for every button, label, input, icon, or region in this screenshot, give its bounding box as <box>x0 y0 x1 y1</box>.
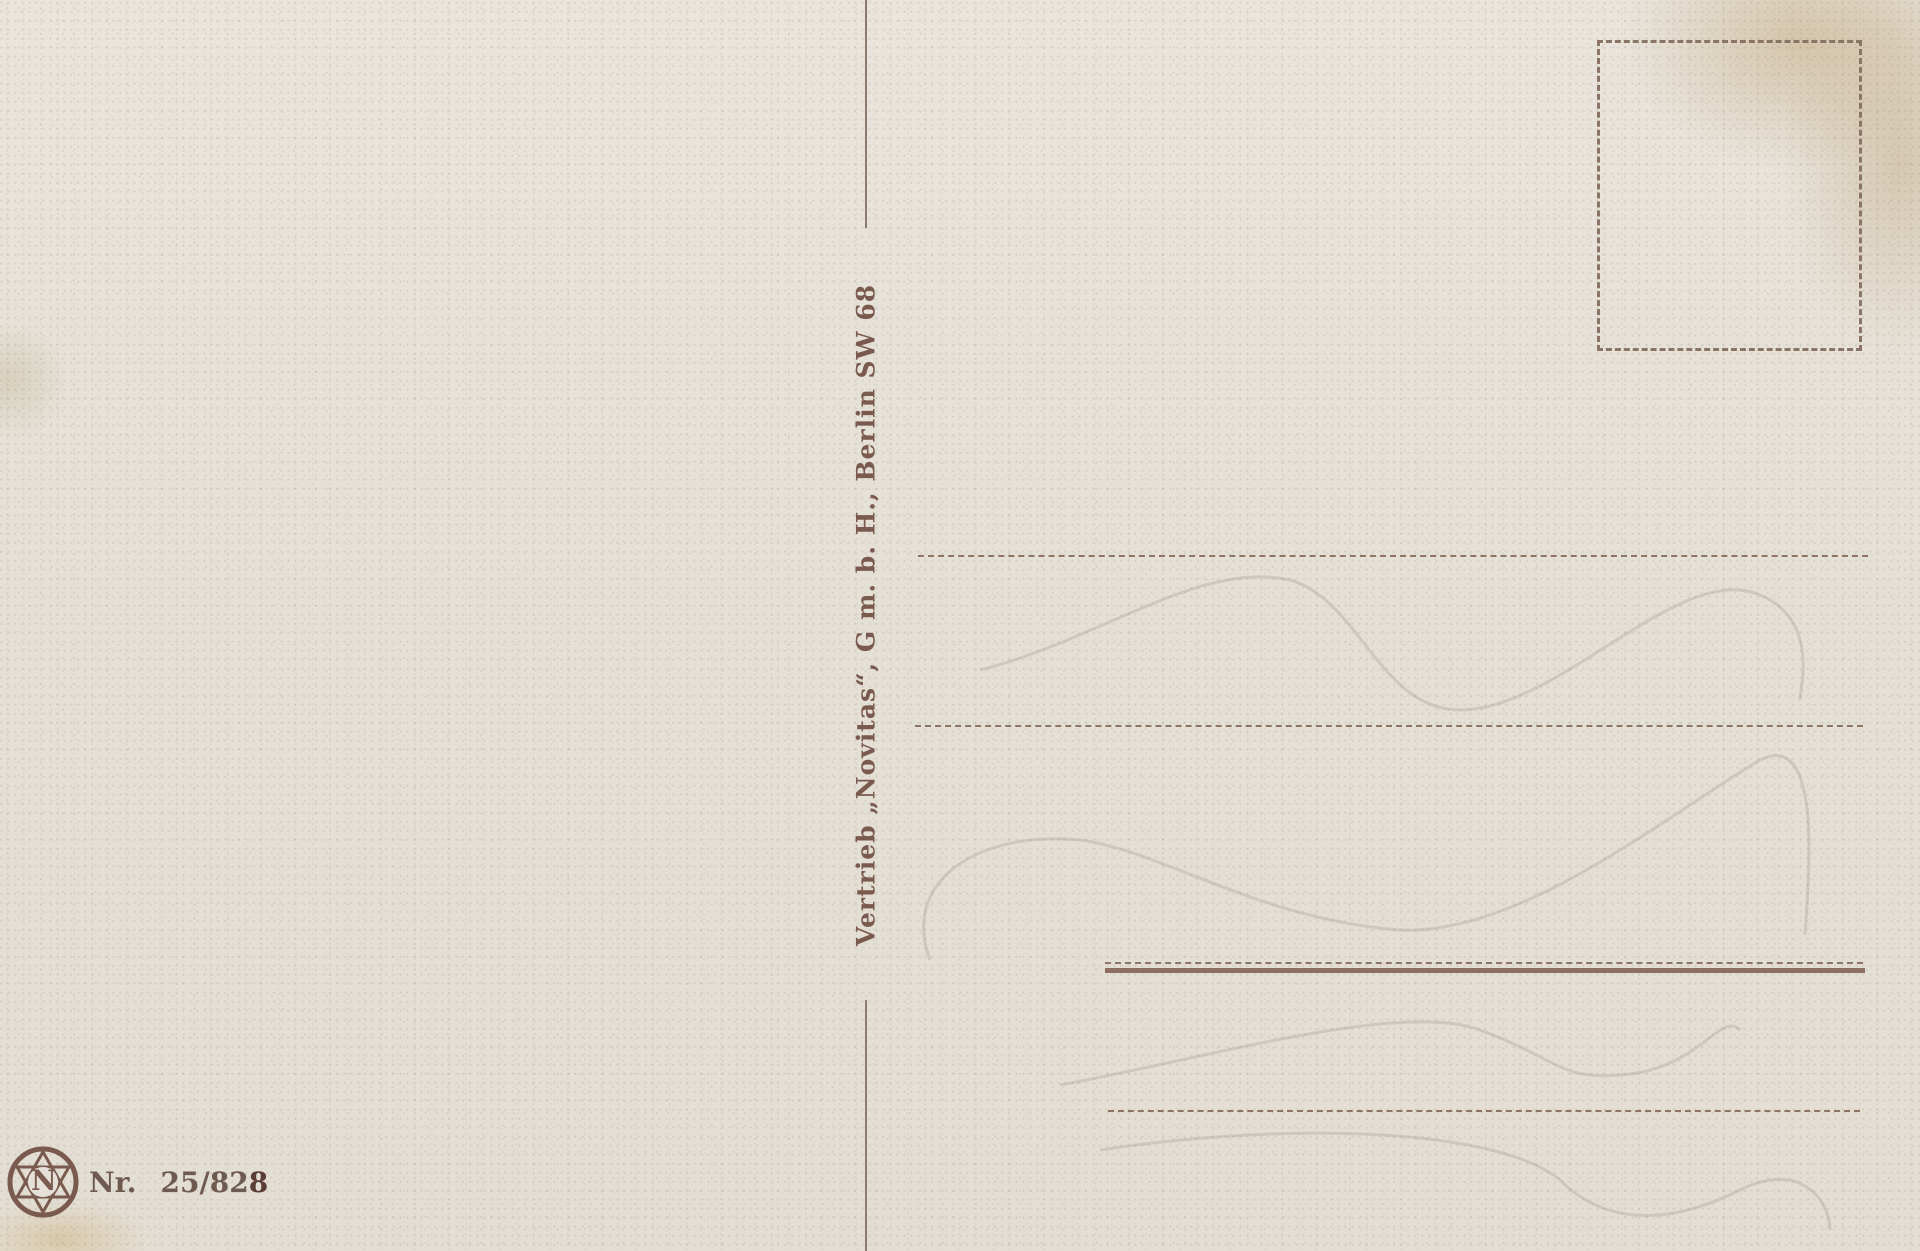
center-divider-top <box>865 0 867 228</box>
catalog-prefix: Nr. <box>89 1166 137 1199</box>
publisher-imprint: Vertrieb „Novitas“, G m. b. H., Berlin S… <box>852 284 881 946</box>
address-line-3-dotted <box>1105 962 1863 964</box>
address-line-2 <box>915 725 1863 727</box>
address-line-4 <box>1108 1110 1860 1112</box>
catalog-number: Nr. 25/828 <box>89 1166 268 1199</box>
address-line-3-solid <box>1105 968 1865 973</box>
catalog-number-last-digit: 8 <box>249 1166 268 1199</box>
stamp-box <box>1597 40 1862 351</box>
center-divider-bottom <box>865 1000 867 1251</box>
catalog-number-base: 25/82 <box>161 1166 249 1199</box>
publisher-mark: N Nr. 25/828 <box>7 1146 268 1218</box>
postcard-back: Vertrieb „Novitas“, G m. b. H., Berlin S… <box>0 0 1920 1251</box>
logo-letter: N <box>31 1164 57 1197</box>
address-line-1 <box>918 555 1868 557</box>
